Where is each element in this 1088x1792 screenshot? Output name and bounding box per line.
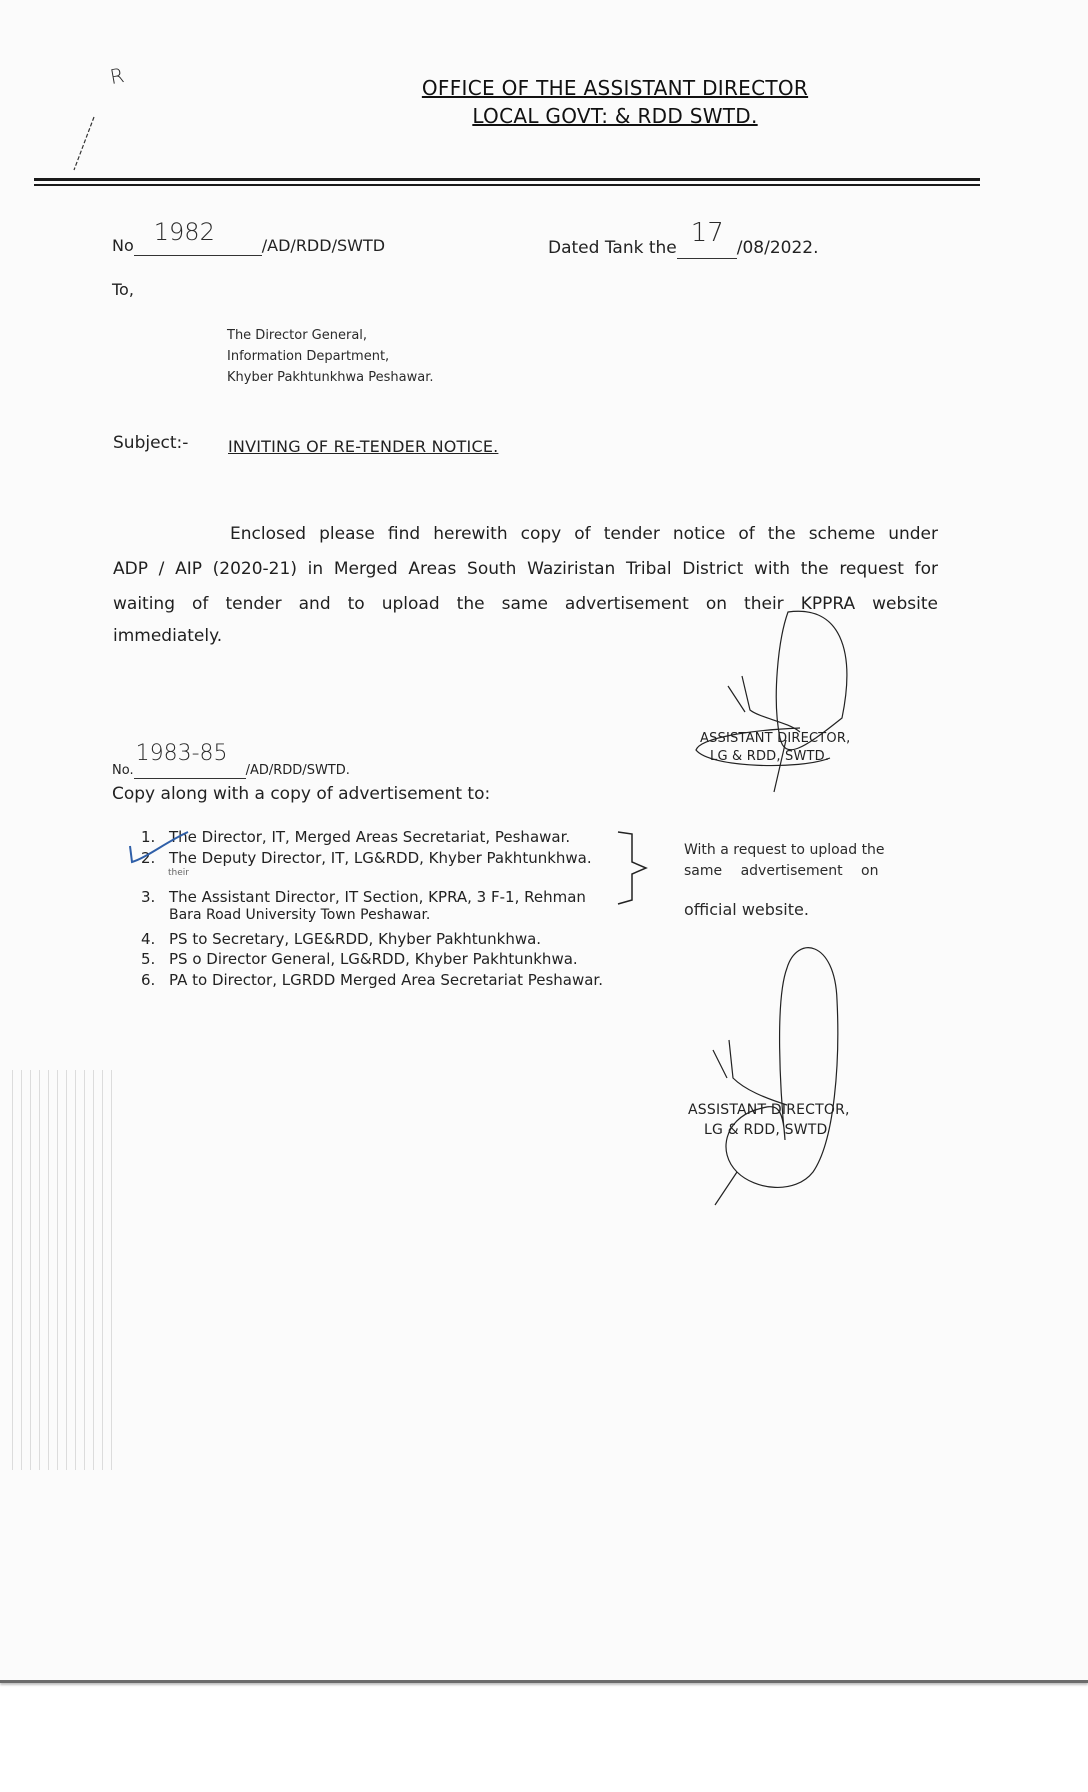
signature-2-office: LG & RDD, SWTD — [704, 1122, 828, 1138]
signature-1-scribble — [690, 600, 890, 800]
letter-date: Dated Tank the17 /08/2022. — [548, 238, 819, 259]
scan-artifact — [12, 1070, 112, 1470]
check-mark-icon — [126, 828, 196, 868]
date-day-handwritten: 17 — [691, 218, 724, 248]
copy-heading: Copy along with a copy of advertisement … — [112, 784, 490, 804]
ref-no-label: No — [112, 236, 134, 255]
copy-no-handwritten: 1983-85 — [136, 741, 228, 766]
letterhead-line1: OFFICE OF THE ASSISTANT DIRECTOR — [350, 76, 880, 100]
copy-reference-number: No.1983-85 /AD/RDD/SWTD. — [112, 763, 350, 779]
copy-list-item: 1.The Director, IT, Merged Areas Secreta… — [141, 828, 570, 846]
subject-label: Subject:- — [113, 433, 188, 453]
copy-list-item: 3.The Assistant Director, IT Section, KP… — [141, 888, 586, 906]
signature-2-title: ASSISTANT DIRECTOR, — [688, 1102, 850, 1118]
addressee-line2: Information Department, — [227, 349, 389, 364]
copy-list-continuation: Bara Road University Town Peshawar. — [169, 907, 430, 923]
body-line-1: Enclosed please find herewith copy of te… — [230, 524, 938, 544]
brace-note-line1: With a request to upload the — [684, 842, 885, 858]
brace-note-line2: same advertisement on — [684, 863, 878, 879]
header-rule-bottom — [34, 184, 980, 186]
date-label: Dated Tank the — [548, 238, 677, 258]
reference-number: No1982 /AD/RDD/SWTD — [112, 236, 385, 256]
copy-no-label: No. — [112, 763, 134, 778]
brace-note-line3: official website. — [684, 900, 809, 919]
signature-2-scribble — [685, 940, 885, 1220]
letterhead-line2: LOCAL GOVT: & RDD SWTD. — [350, 104, 880, 128]
copy-list-item: 5.PS o Director General, LG&RDD, Khyber … — [141, 950, 578, 968]
ref-no-handwritten: 1982 — [154, 218, 215, 246]
copy-list-item: 6.PA to Director, LGRDD Merged Area Secr… — [141, 971, 603, 989]
copy-no-blank: 1983-85 — [134, 763, 246, 779]
margin-mark: R — [108, 63, 126, 89]
copy-list-item: 2.The Deputy Director, IT, LG&RDD, Khybe… — [141, 849, 592, 867]
signature-1-title: ASSISTANT DIRECTOR, — [700, 731, 850, 746]
addressee-line1: The Director General, — [227, 328, 367, 343]
copy-list-item: 4.PS to Secretary, LGE&RDD, Khyber Pakht… — [141, 930, 541, 948]
subject-text: INVITING OF RE-TENDER NOTICE. — [228, 437, 498, 456]
date-suffix: /08/2022. — [737, 238, 819, 258]
copy-list-annotation: their — [168, 868, 189, 878]
ref-no-blank: 1982 — [134, 236, 262, 256]
brace-icon — [612, 828, 662, 908]
to-label: To, — [112, 280, 134, 299]
document-page: R OFFICE OF THE ASSISTANT DIRECTOR LOCAL… — [0, 0, 1088, 1683]
date-blank: 17 — [677, 238, 737, 259]
body-line-2: ADP / AIP (2020-21) in Merged Areas Sout… — [113, 559, 938, 579]
margin-stroke — [70, 115, 100, 175]
signature-1-office: LG & RDD, SWTD. — [710, 749, 829, 764]
addressee-line3: Khyber Pakhtunkhwa Peshawar. — [227, 370, 433, 385]
ref-no-suffix: /AD/RDD/SWTD — [262, 236, 385, 255]
header-rule-top — [34, 178, 980, 181]
copy-no-suffix: /AD/RDD/SWTD. — [246, 763, 350, 778]
